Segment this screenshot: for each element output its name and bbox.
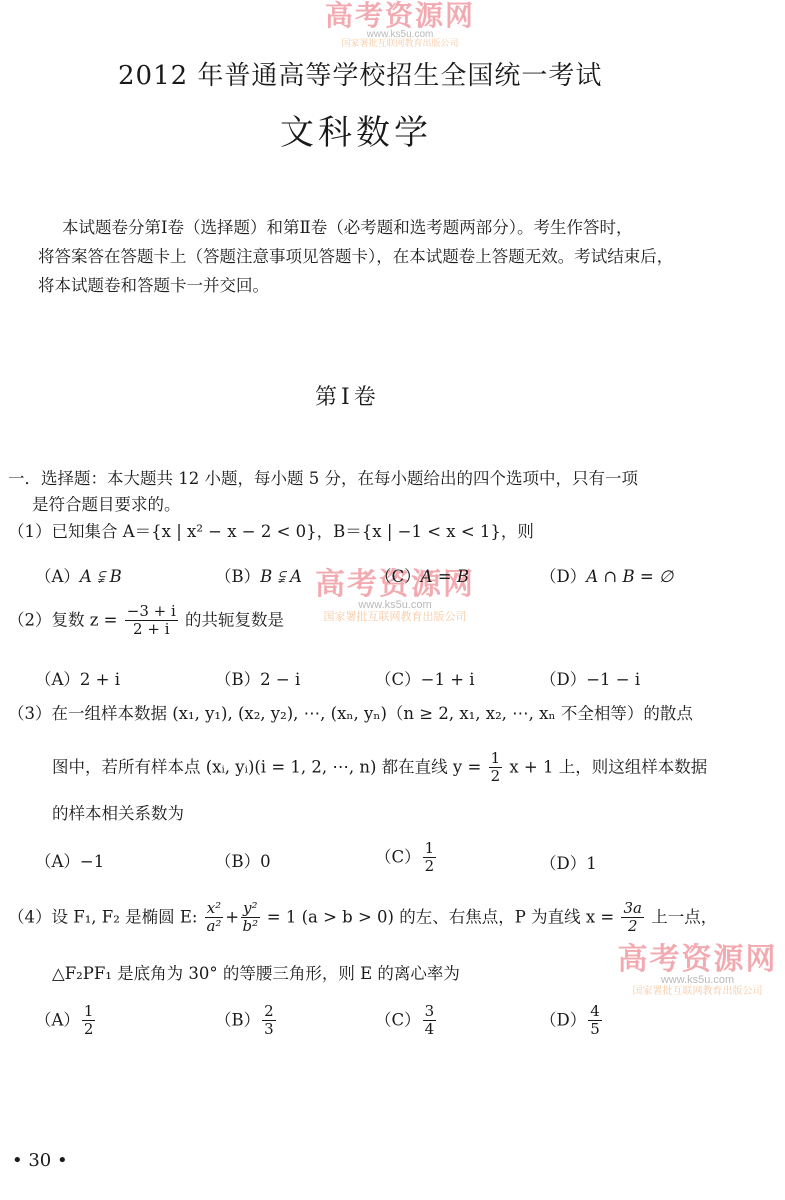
- option-text: −1 + i: [421, 670, 475, 689]
- question-stem-c: 上一点，: [651, 907, 717, 926]
- q3-option-a: （A）−1: [35, 848, 104, 872]
- question-stem-b: = 1 (a > b > 0) 的左、右焦点，P 为直线 x =: [267, 907, 614, 926]
- option-label: （B）: [215, 852, 260, 871]
- question-stem: 在一组样本数据 (x₁, y₁), (x₂, y₂), ⋯, (xₙ, yₙ)（…: [52, 704, 693, 723]
- fraction-numerator: y²: [241, 900, 260, 918]
- fraction-denominator: a²: [206, 918, 221, 935]
- watermark-brand: 高考资源网: [618, 942, 778, 977]
- question-3-line-1: （3）在一组样本数据 (x₁, y₁), (x₂, y₂), ⋯, (xₙ, y…: [8, 700, 693, 724]
- watermark-publisher: 国家署批互联网教育出版公司: [605, 986, 785, 997]
- q4-option-b: （B）23: [215, 1003, 278, 1039]
- fraction-denominator: 2: [628, 918, 638, 935]
- fraction: 34: [423, 1003, 437, 1039]
- q1-option-a: （A）A ⫋ B: [35, 563, 122, 587]
- q2-option-c: （C）−1 + i: [375, 666, 475, 690]
- fraction: 12: [82, 1003, 96, 1039]
- watermark-top: 高考资源网 www.ks5u.com 国家署批互联网教育出版公司: [300, 2, 500, 50]
- fraction-numerator: 2: [262, 1003, 276, 1021]
- fraction-numerator: 3a: [621, 900, 644, 918]
- question-number: （4）: [8, 907, 52, 926]
- fraction: 45: [588, 1003, 602, 1039]
- option-label: （D）: [540, 1010, 586, 1029]
- question-number: （1）: [8, 522, 52, 541]
- question-4-line-1: （4）设 F₁, F₂ 是椭圆 E: x²a²+y²b² = 1 (a > b …: [8, 900, 717, 936]
- watermark-url: www.ks5u.com: [605, 975, 785, 986]
- question-1: （1）已知集合 A＝{x | x² − x − 2 < 0}，B＝{x | −1…: [8, 518, 534, 542]
- option-text: A ∩ B = ∅: [586, 567, 673, 586]
- watermark-brand: 高考资源网: [325, 0, 475, 32]
- fraction: 12: [423, 840, 437, 876]
- question-stem-a: 设 F₁, F₂ 是椭圆 E:: [52, 907, 198, 926]
- option-label: （D）: [540, 854, 586, 873]
- fraction: x²a²: [205, 900, 223, 936]
- fraction-denominator: 3: [264, 1021, 274, 1038]
- option-text: 2 − i: [260, 670, 300, 689]
- fraction-numerator: x²: [205, 900, 223, 918]
- question-stem: 已知集合 A＝{x | x² − x − 2 < 0}，B＝{x | −1 < …: [52, 522, 534, 541]
- q1-option-d: （D）A ∩ B = ∅: [540, 563, 673, 587]
- option-label: （B）: [215, 670, 260, 689]
- q1-option-b: （B）B ⫋ A: [215, 563, 302, 587]
- fraction-numerator: −3 + i: [125, 603, 178, 621]
- question-2: （2）复数 z = −3 + i2 + i 的共轭复数是: [8, 603, 284, 639]
- instructions-line-2: 将答案答在答题卡上（答题注意事项见答题卡），在本试题卷上答题无效。考试结束后，: [38, 242, 673, 271]
- page-number: • 30 •: [12, 1150, 68, 1171]
- fraction-numerator: 1: [489, 750, 503, 768]
- option-label: （C）: [375, 670, 421, 689]
- question-stem-suffix: 的共轭复数是: [185, 610, 284, 629]
- question-stem-prefix: 图中，若所有样本点 (xᵢ, yᵢ)(i = 1, 2, ⋯, n) 都在直线 …: [52, 757, 481, 776]
- option-label: （C）: [375, 567, 421, 586]
- q1-option-c: （C）A = B: [375, 563, 469, 587]
- q4-option-c: （C）34: [375, 1003, 438, 1039]
- fraction: y²b²: [241, 900, 260, 936]
- fraction-numerator: 3: [423, 1003, 437, 1021]
- q2-option-b: （B）2 − i: [215, 666, 300, 690]
- fraction: −3 + i2 + i: [125, 603, 178, 639]
- option-label: （A）: [35, 670, 80, 689]
- q3-option-b: （B）0: [215, 848, 271, 872]
- plus-sign: +: [225, 907, 239, 926]
- question-number: （2）: [8, 610, 52, 629]
- fraction-numerator: 1: [82, 1003, 96, 1021]
- q4-option-a: （A）12: [35, 1003, 97, 1039]
- watermark-publisher: 国家署批互联网教育出版公司: [290, 611, 500, 623]
- fraction-denominator: 2: [491, 768, 501, 785]
- fraction-numerator: 1: [423, 840, 437, 858]
- section-heading-line-1: 一．选择题：本大题共 12 小题，每小题 5 分，在每小题给出的四个选项中，只有…: [8, 465, 638, 489]
- option-text: A = B: [421, 567, 469, 586]
- watermark-bottom: 高考资源网 www.ks5u.com 国家署批互联网教育出版公司: [605, 945, 785, 997]
- option-text: A ⫋ B: [80, 567, 122, 586]
- option-text: 1: [586, 854, 597, 873]
- watermark-url: www.ks5u.com: [300, 30, 500, 40]
- fraction-denominator: 2 + i: [133, 621, 169, 638]
- fraction: 23: [262, 1003, 276, 1039]
- question-4-line-2: △F₂PF₁ 是底角为 30° 的等腰三角形，则 E 的离心率为: [52, 960, 460, 984]
- section-heading-line-2: 是符合题目要求的。: [32, 491, 181, 515]
- q2-option-d: （D）−1 − i: [540, 666, 640, 690]
- question-stem-suffix: x + 1 上，则这组样本数据: [509, 757, 707, 776]
- option-text: −1: [80, 852, 104, 871]
- instructions-line-3: 将本试题卷和答题卡一并交回。: [38, 271, 269, 300]
- fraction-denominator: 5: [590, 1021, 600, 1038]
- option-label: （D）: [540, 670, 586, 689]
- exam-title: 2012 年普通高等学校招生全国统一考试: [118, 55, 602, 92]
- option-label: （A）: [35, 852, 80, 871]
- option-label: （A）: [35, 567, 80, 586]
- question-3-line-2: 图中，若所有样本点 (xᵢ, yᵢ)(i = 1, 2, ⋯, n) 都在直线 …: [52, 750, 707, 786]
- q3-option-d: （D）1: [540, 850, 597, 874]
- option-label: （B）: [215, 567, 260, 586]
- q4-option-d: （D）45: [540, 1003, 604, 1039]
- fraction-numerator: 4: [588, 1003, 602, 1021]
- fraction-denominator: b²: [242, 918, 258, 935]
- watermark-publisher: 国家署批互联网教育出版公司: [300, 40, 500, 50]
- fraction: 12: [489, 750, 503, 786]
- option-label: （C）: [375, 847, 421, 866]
- question-3-line-3: 的样本相关系数为: [52, 800, 184, 824]
- volume-heading: 第Ⅰ卷: [315, 380, 380, 411]
- option-text: 0: [260, 852, 271, 871]
- q2-option-a: （A）2 + i: [35, 666, 120, 690]
- fraction-denominator: 2: [84, 1021, 94, 1038]
- watermark-url: www.ks5u.com: [290, 600, 500, 611]
- q3-option-c: （C）12: [375, 840, 438, 876]
- instructions-line-1: 本试题卷分第Ⅰ卷（选择题）和第Ⅱ卷（必考题和选考题两部分）。考生作答时，: [62, 213, 632, 242]
- option-text: −1 − i: [586, 670, 640, 689]
- subject-title: 文科数学: [280, 105, 432, 154]
- fraction-denominator: 4: [425, 1021, 435, 1038]
- option-text: 2 + i: [80, 670, 120, 689]
- question-stem-prefix: 复数 z =: [52, 610, 118, 629]
- option-label: （A）: [35, 1010, 80, 1029]
- option-label: （D）: [540, 567, 586, 586]
- question-number: （3）: [8, 704, 52, 723]
- option-text: B ⫋ A: [260, 567, 302, 586]
- fraction: 3a2: [621, 900, 644, 936]
- fraction-denominator: 2: [425, 858, 435, 875]
- option-label: （B）: [215, 1010, 260, 1029]
- option-label: （C）: [375, 1010, 421, 1029]
